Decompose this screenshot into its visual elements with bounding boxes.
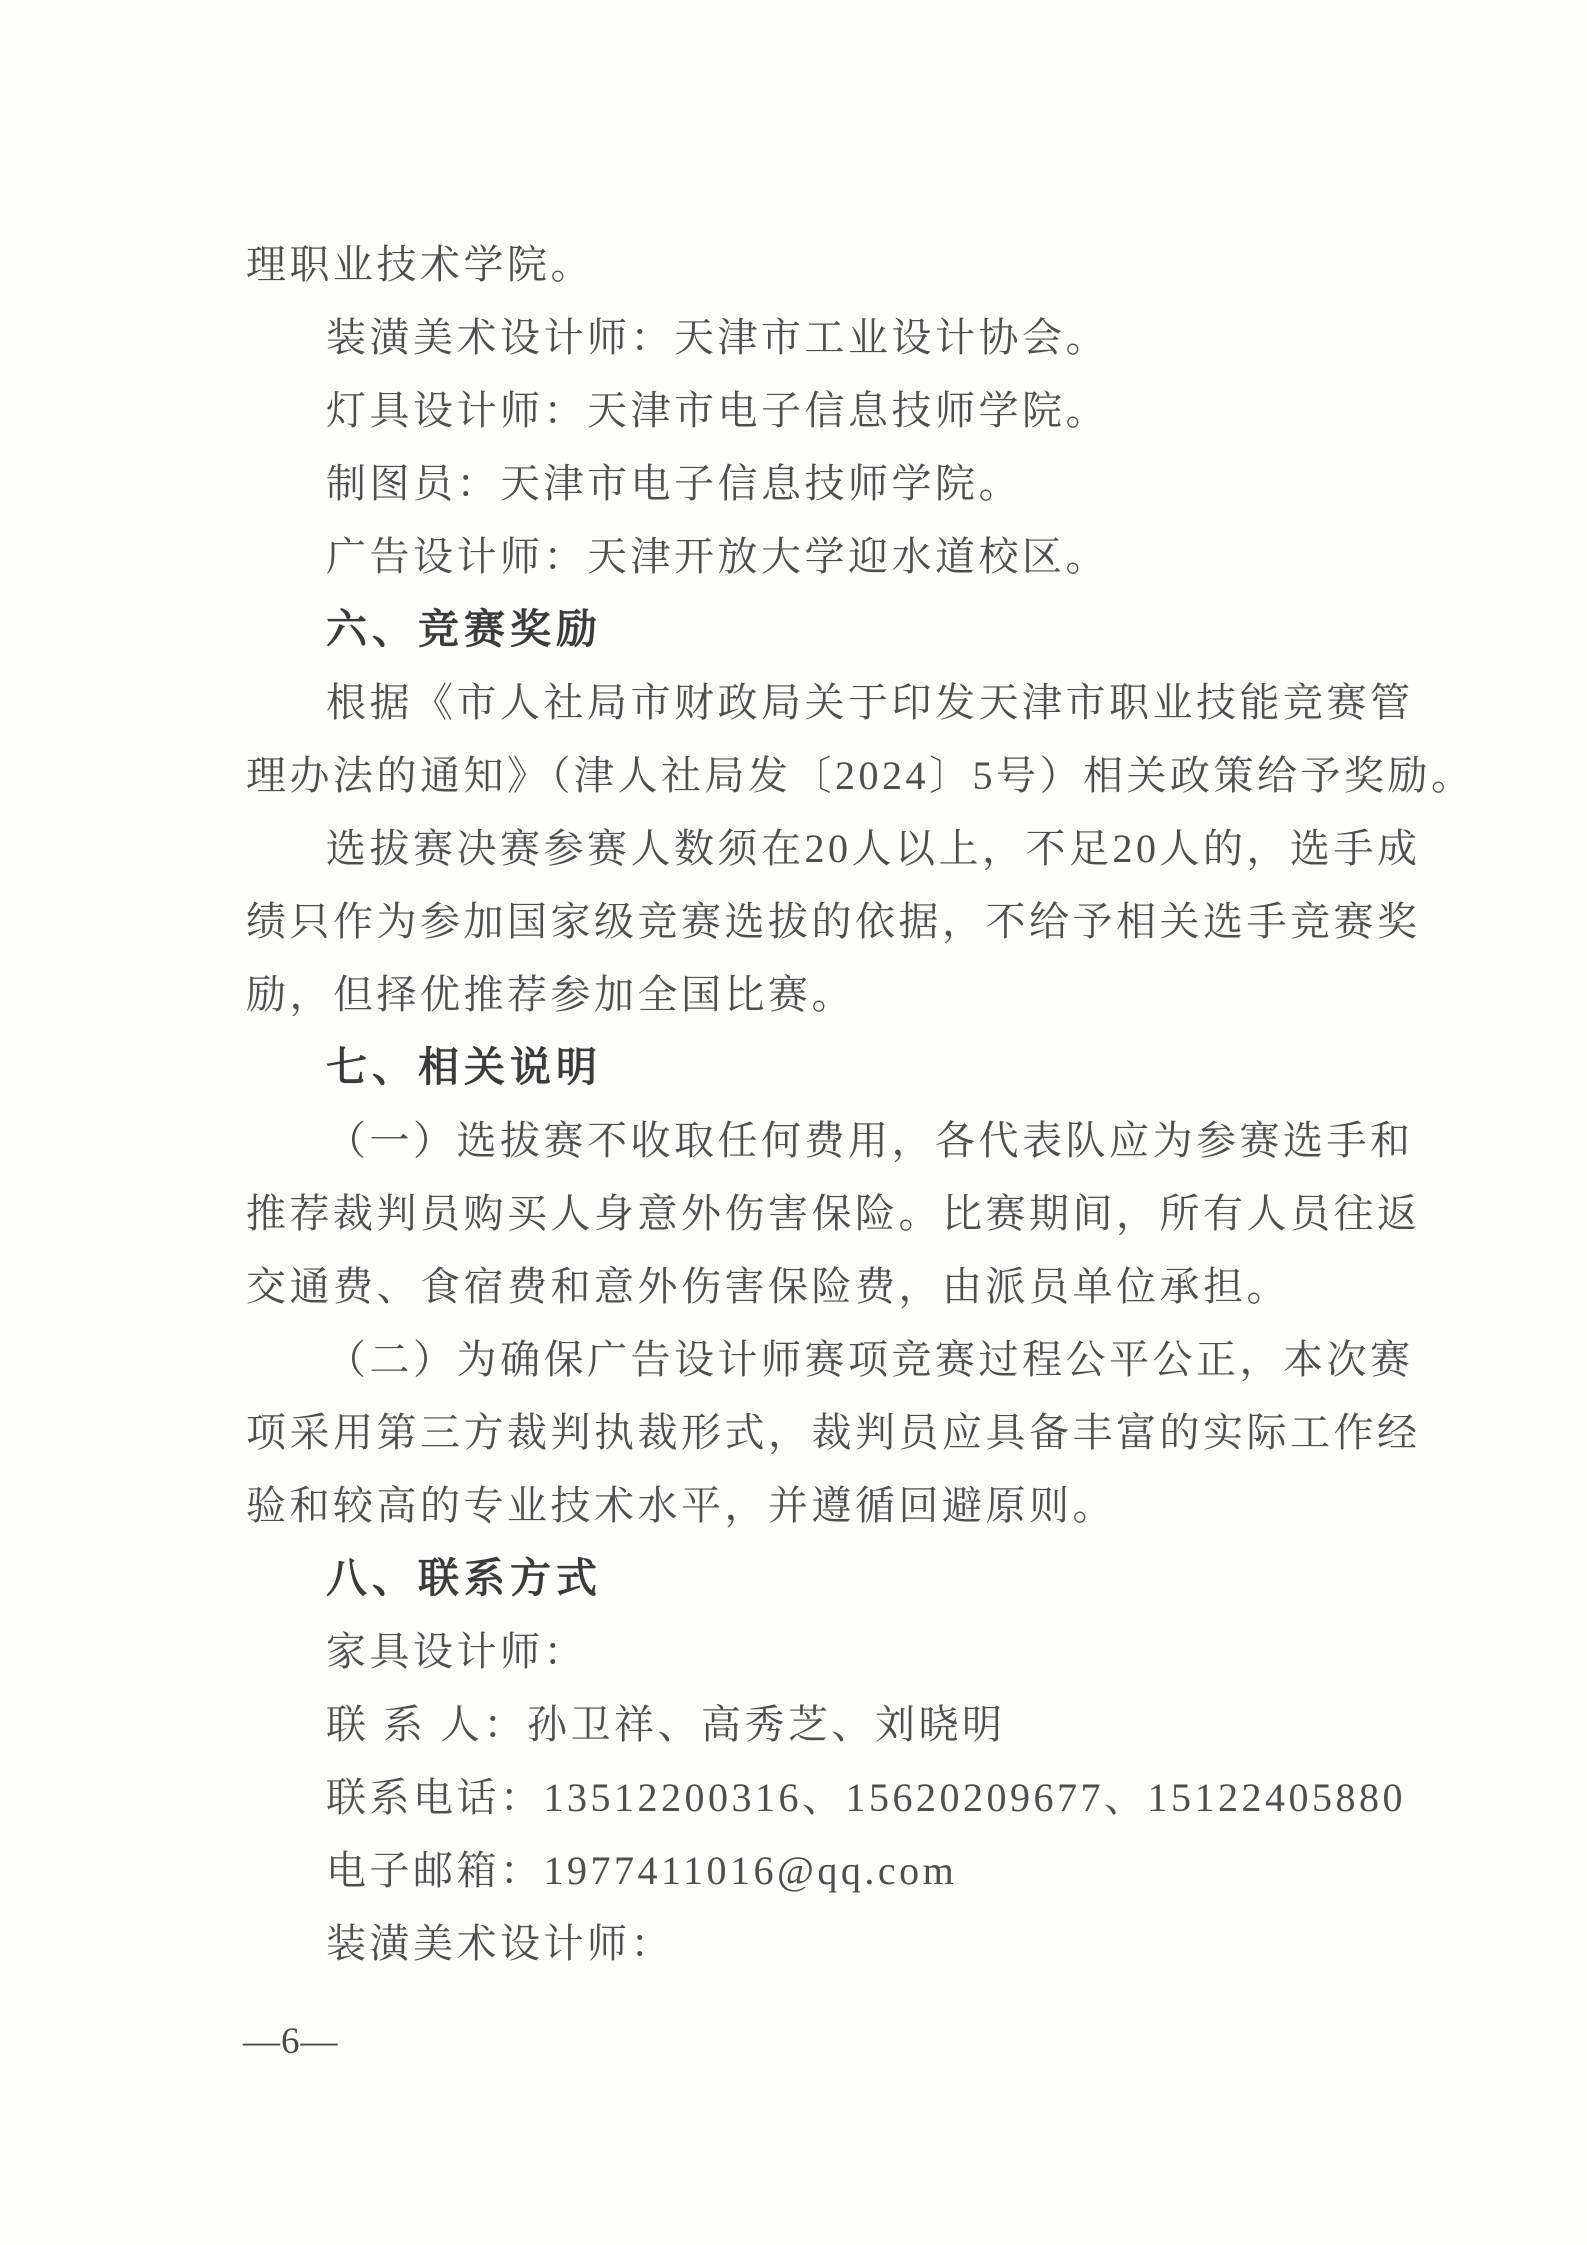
document-page: 理职业技术学院。 装潢美术设计师：天津市工业设计协会。 灯具设计师：天津市电子信… xyxy=(0,0,1587,2245)
text-line: 验和较高的专业技术水平，并遵循回避原则。 xyxy=(246,1469,1446,1542)
text-line: 根据《市人社局市财政局关于印发天津市职业技能竞赛管 xyxy=(246,666,1446,739)
text-line: 选拔赛决赛参赛人数须在20人以上，不足20人的，选手成 xyxy=(246,812,1446,885)
text-line: （一）选拔赛不收取任何费用，各代表队应为参赛选手和 xyxy=(246,1104,1446,1177)
page-number: —6— xyxy=(243,2012,339,2072)
text-line: 绩只作为参加国家级竞赛选拔的依据，不给予相关选手竞赛奖 xyxy=(246,885,1446,958)
section-heading: 八、联系方式 xyxy=(246,1542,1446,1615)
text-line: 联系电话：13512200316、15620209677、15122405880 xyxy=(246,1761,1446,1834)
text-line: 联 系 人：孙卫祥、高秀芝、刘晓明 xyxy=(246,1688,1446,1761)
section-heading: 六、竞赛奖励 xyxy=(246,593,1446,666)
text-line: 制图员：天津市电子信息技师学院。 xyxy=(246,447,1446,520)
document-body: 理职业技术学院。 装潢美术设计师：天津市工业设计协会。 灯具设计师：天津市电子信… xyxy=(246,228,1446,1980)
text-line: 推荐裁判员购买人身意外伤害保险。比赛期间，所有人员往返 xyxy=(246,1177,1446,1250)
text-line: 装潢美术设计师：天津市工业设计协会。 xyxy=(246,301,1446,374)
text-line: 交通费、食宿费和意外伤害保险费，由派员单位承担。 xyxy=(246,1250,1446,1323)
text-line: 广告设计师：天津开放大学迎水道校区。 xyxy=(246,520,1446,593)
text-line: 灯具设计师：天津市电子信息技师学院。 xyxy=(246,374,1446,447)
text-line: 项采用第三方裁判执裁形式，裁判员应具备丰富的实际工作经 xyxy=(246,1396,1446,1469)
text-line: 励，但择优推荐参加全国比赛。 xyxy=(246,958,1446,1031)
text-line: 家具设计师： xyxy=(246,1615,1446,1688)
text-line: 理办法的通知》（津人社局发〔2024〕5号）相关政策给予奖励。 xyxy=(246,739,1446,812)
section-heading: 七、相关说明 xyxy=(246,1031,1446,1104)
text-line: 理职业技术学院。 xyxy=(246,228,1446,301)
text-line: （二）为确保广告设计师赛项竞赛过程公平公正，本次赛 xyxy=(246,1323,1446,1396)
text-line: 电子邮箱：1977411016@qq.com xyxy=(246,1834,1446,1907)
text-line: 装潢美术设计师： xyxy=(246,1907,1446,1980)
